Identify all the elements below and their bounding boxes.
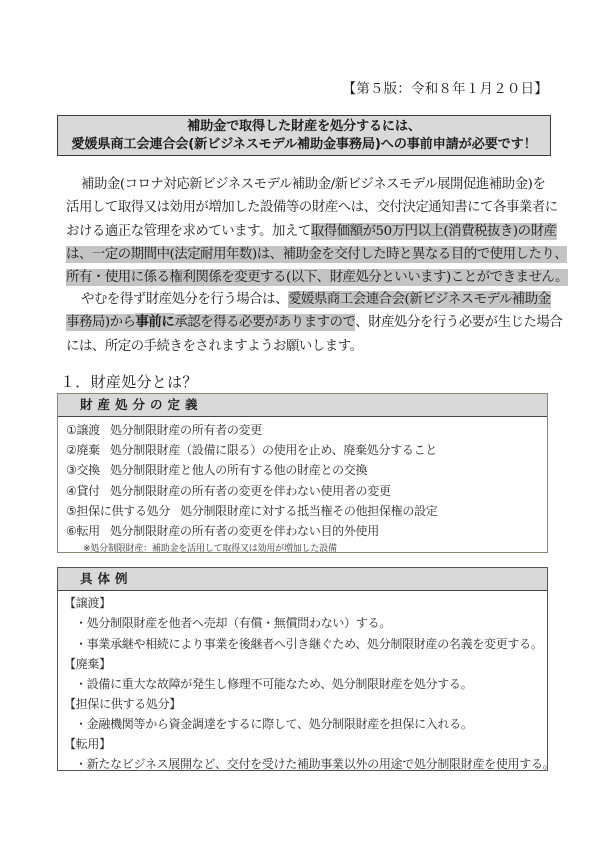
para1-line-4: は、一定の期間中(法定耐用年数)は、補助金を交付した時と異なる目的で使用したり、 (66, 243, 556, 266)
examples-box-header: 具体例 (58, 568, 547, 591)
definition-item: ④貸付処分制限財産の所有者の変更を伴わない使用者の変更 (66, 481, 547, 501)
title-line-2: 愛媛県商工会連合会(新ビジネスモデル補助金事務局)への事前申請が必要です！ (58, 136, 550, 154)
example-category-label: 【譲渡】 (64, 594, 547, 613)
definition-item: ⑤担保に供する処分処分制限財産に対する抵当権その他担保権の設定 (66, 501, 547, 521)
definition-item: ②廃棄処分制限財産（設備に限る）の使用を止め、廃棄処分すること (66, 440, 547, 460)
definition-term: ③交換 (66, 460, 100, 480)
example-item: ・事業承継や相続により事業を後継者へ引き継ぐため、処分制限財産の名義を変更する。 (64, 634, 547, 655)
definition-box-header: 財産処分の定義 (58, 394, 547, 417)
definition-term: ②廃棄 (66, 440, 100, 460)
highlighted-text: 取得価額が50万円以上(消費税抜き)の財産 (311, 223, 557, 240)
definition-desc: 処分制限財産の所有者の変更を伴わない目的外使用 (110, 524, 379, 538)
definition-list: ①譲渡処分制限財産の所有者の変更 ②廃棄処分制限財産（設備に限る）の使用を止め、… (58, 417, 547, 556)
definition-item: ③交換処分制限財産と他人の所有する他の財産との交換 (66, 460, 547, 480)
para2-line-2-plain: 、財産処分を行う必要が生じた場合 (355, 315, 562, 330)
para1-line-3: おける適正な管理を求めています。加えて取得価額が50万円以上(消費税抜き)の財産 (66, 220, 556, 243)
definition-term: ①譲渡 (66, 420, 100, 440)
highlighted-text: 愛媛県商工会連合会(新ビジネスモデル補助金 (288, 291, 551, 308)
intro-paragraph-1: 補助金(コロナ対応新ビジネスモデル補助金/新ビジネスモデル展開促進補助金)を 活… (66, 173, 556, 289)
para1-line-1: 補助金(コロナ対応新ビジネスモデル補助金/新ビジネスモデル展開促進補助金)を (66, 173, 556, 196)
definition-term: ⑥転用 (66, 521, 100, 541)
example-category-label: 【廃棄】 (64, 655, 547, 674)
definition-term: ④貸付 (66, 481, 100, 501)
highlighted-text: 事務局)から (66, 314, 135, 331)
example-category-label: 【転用】 (64, 735, 547, 754)
section-heading: １．財産処分とは？ (60, 371, 198, 392)
highlighted-text: 所有・使用に係る権利関係を変更する(以下、財産処分といいます)ことができません。 (66, 269, 568, 286)
definition-desc: 処分制限財産の所有者の変更を伴わない使用者の変更 (110, 484, 391, 498)
example-category-label: 【担保に供する処分】 (64, 695, 547, 714)
para1-line-2: 活用して取得又は効用が増加した設備等の財産へは、交付決定通知書にて各事業者に (66, 196, 556, 219)
definition-desc: 処分制限財産の所有者の変更 (110, 423, 262, 437)
example-item: ・設備に重大な故障が発生し修理不可能なため、処分制限財産を処分する。 (64, 674, 547, 695)
highlighted-text: 承認を得る必要がありますので (174, 314, 355, 331)
definition-desc: 処分制限財産に対する抵当権その他担保権の設定 (180, 504, 437, 518)
definition-note: ※処分制限財産：補助金を活用して取得又は効用が増加した設備 (66, 542, 547, 556)
para2-line-1: やむを得ず財産処分を行う場合は、愛媛県商工会連合会(新ビジネスモデル補助金 (66, 288, 556, 311)
title-banner: 補助金で取得した財産を処分するには、 愛媛県商工会連合会(新ビジネスモデル補助金… (57, 115, 551, 156)
bold-highlighted-text: 事前に (135, 313, 174, 331)
definition-item: ①譲渡処分制限財産の所有者の変更 (66, 420, 547, 440)
example-item: ・金融機関等から資金調達をするに際して、処分制限財産を担保に入れる。 (64, 714, 547, 735)
para2-line-1-plain: やむを得ず財産処分を行う場合は、 (81, 292, 288, 307)
version-date: 【第５版：令和８年１月２０日】 (343, 77, 549, 97)
examples-box: 具体例 【譲渡】 ・処分制限財産を他者へ売却（有償・無償問わない）する。 ・事業… (57, 567, 548, 771)
examples-list: 【譲渡】 ・処分制限財産を他者へ売却（有償・無償問わない）する。 ・事業承継や相… (58, 591, 547, 775)
definition-desc: 処分制限財産（設備に限る）の使用を止め、廃棄処分すること (110, 443, 437, 457)
para2-line-3: には、所定の手続きをされますようお願いします。 (66, 335, 556, 358)
highlighted-text: は、一定の期間中(法定耐用年数)は、補助金を交付した時と異なる目的で使用したり、 (66, 246, 567, 263)
para1-line-5: 所有・使用に係る権利関係を変更する(以下、財産処分といいます)ことができません。 (66, 266, 556, 289)
definition-box: 財産処分の定義 ①譲渡処分制限財産の所有者の変更 ②廃棄処分制限財産（設備に限る… (57, 393, 548, 553)
definition-item: ⑥転用処分制限財産の所有者の変更を伴わない目的外使用 (66, 521, 547, 541)
para1-line-3-plain: おける適正な管理を求めています。加えて (66, 224, 311, 239)
example-item: ・処分制限財産を他者へ売却（有償・無償問わない）する。 (64, 613, 547, 634)
title-line-1: 補助金で取得した財産を処分するには、 (58, 118, 550, 136)
intro-paragraph-2: やむを得ず財産処分を行う場合は、愛媛県商工会連合会(新ビジネスモデル補助金 事務… (66, 288, 556, 358)
para2-line-2: 事務局)から事前に承認を得る必要がありますので、財産処分を行う必要が生じた場合 (66, 311, 556, 334)
definition-term: ⑤担保に供する処分 (66, 501, 170, 521)
example-item: ・新たなビジネス展開など、交付を受けた補助事業以外の用途で処分制限財産を使用する… (64, 754, 547, 775)
definition-desc: 処分制限財産と他人の所有する他の財産との交換 (110, 463, 367, 477)
